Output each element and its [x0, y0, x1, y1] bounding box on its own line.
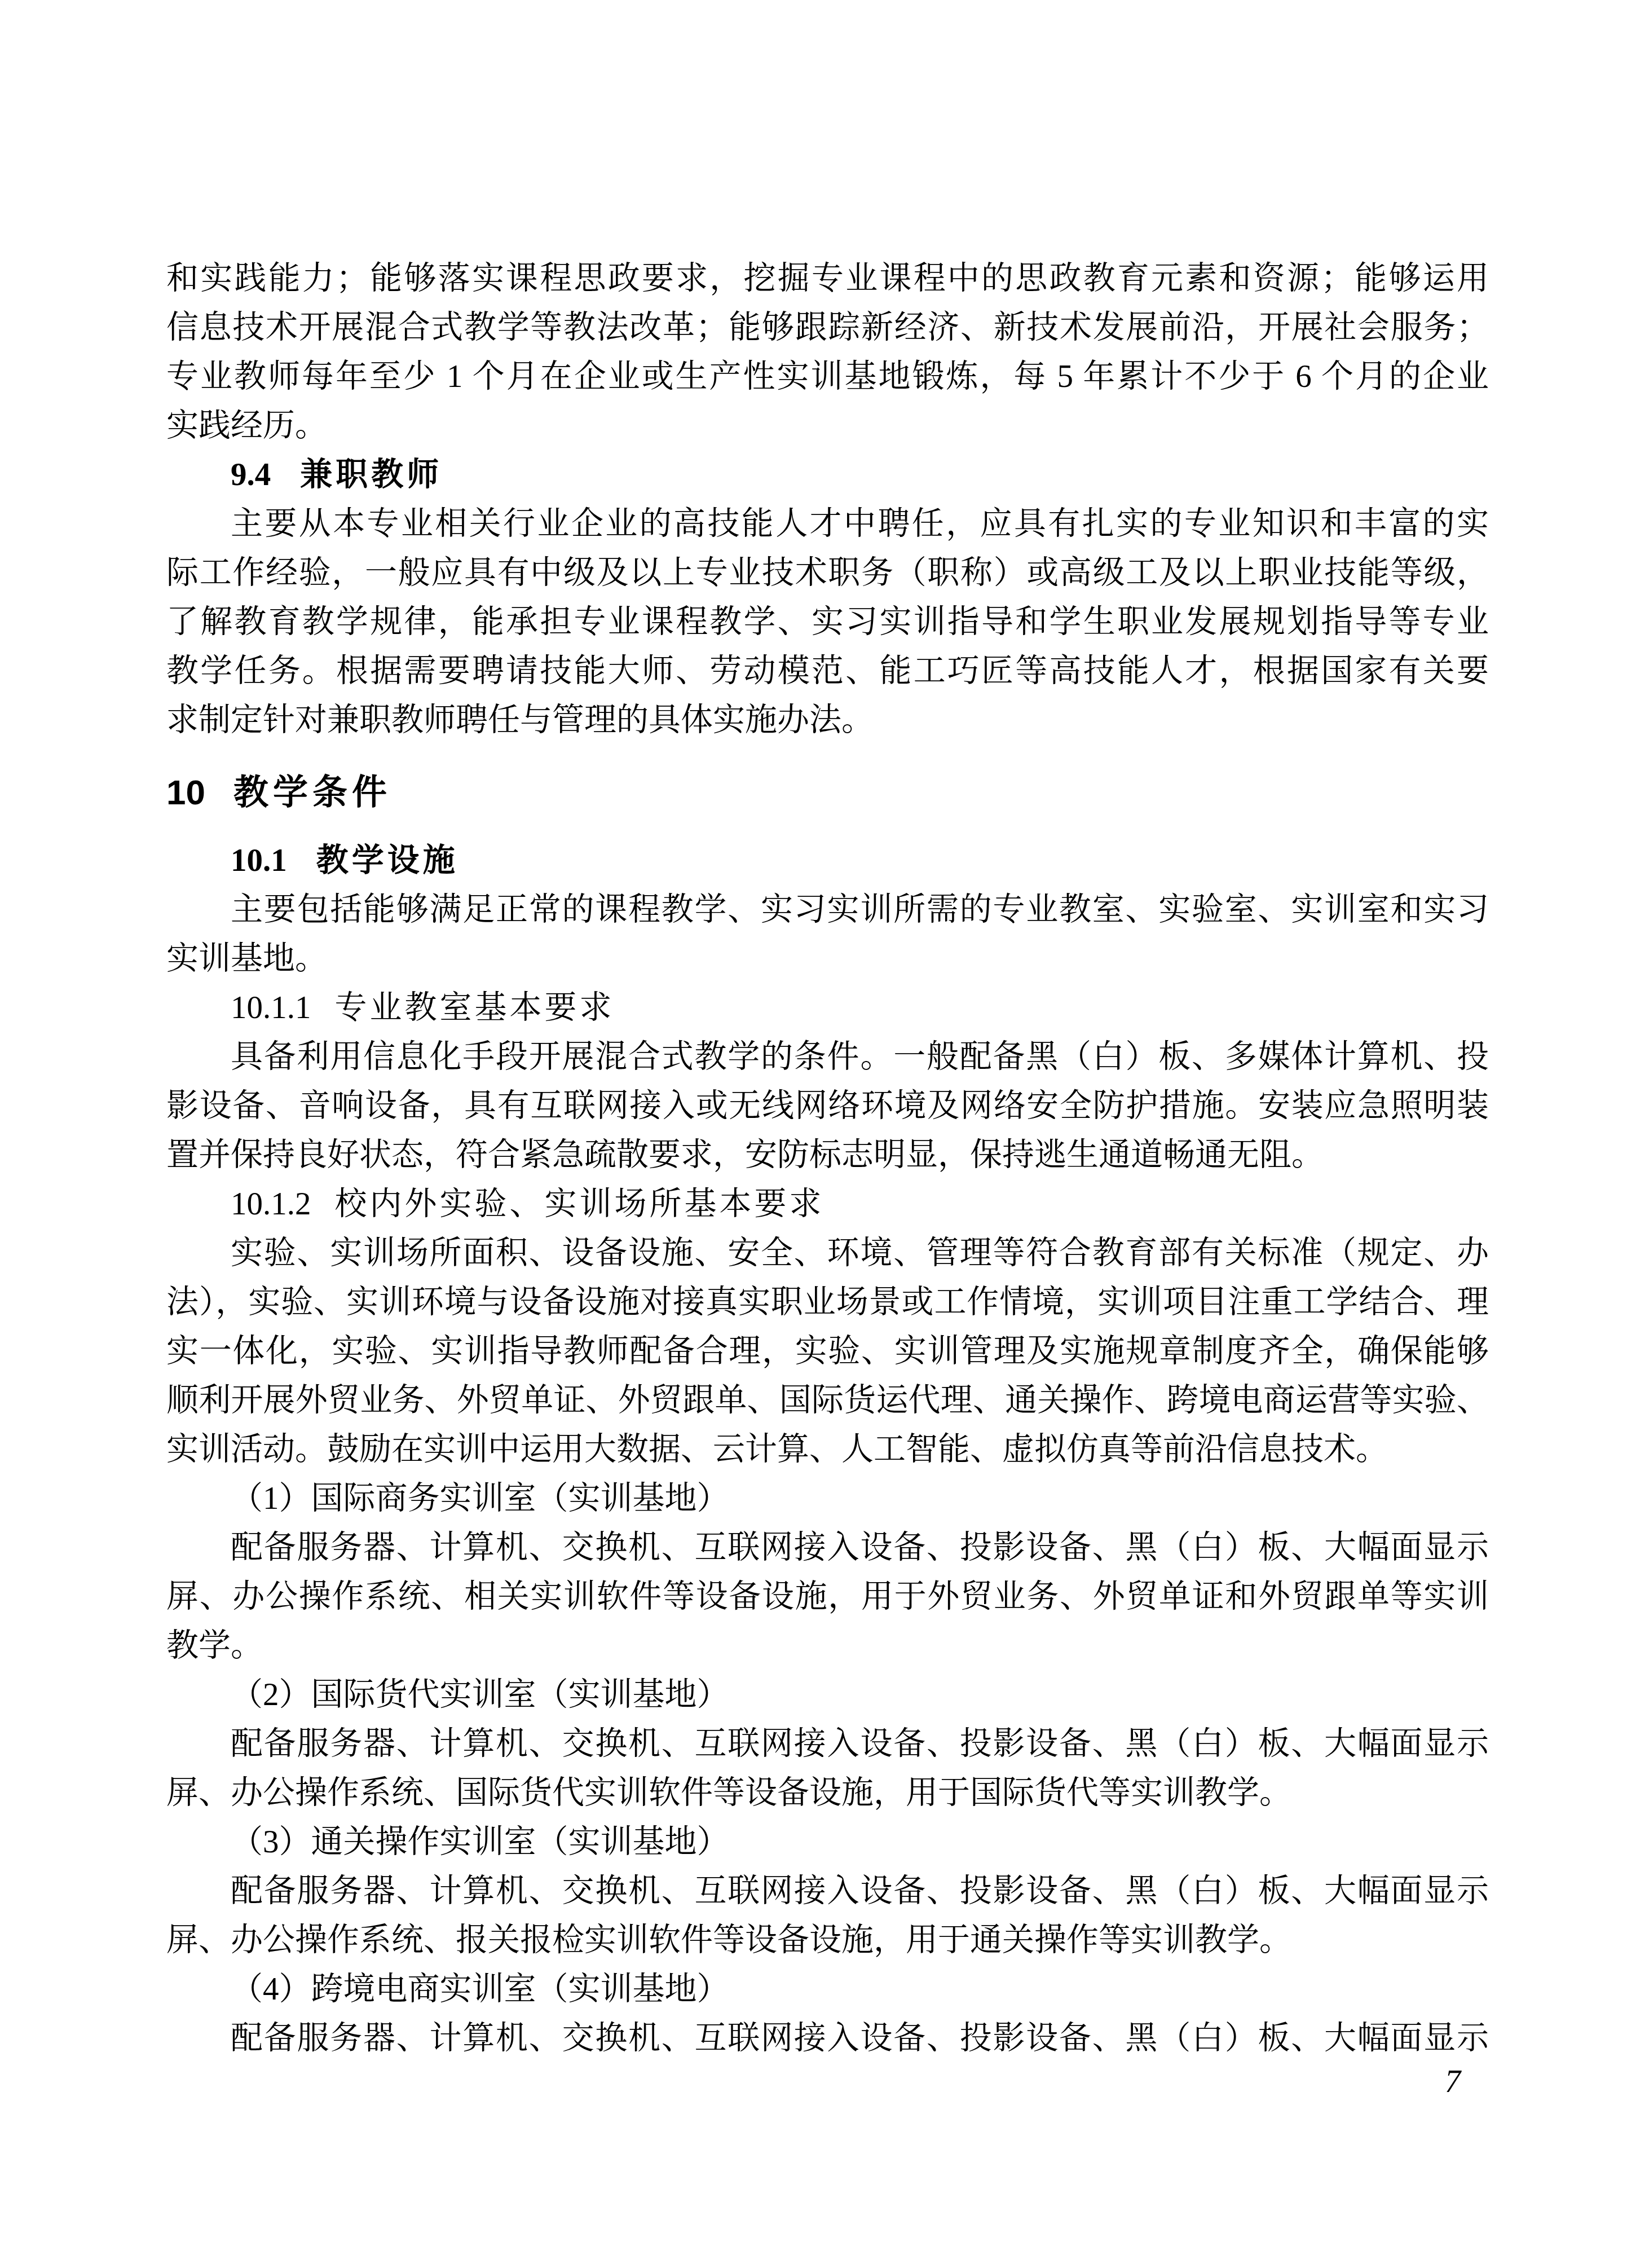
heading-level-2: 9.4兼职教师 — [166, 450, 1489, 499]
body-line: 配备服务器、计算机、交换机、互联网接入设备、投影设备、黑（白）板、大幅面显示 — [166, 1523, 1489, 1572]
body-line: 了解教育教学规律，能承担专业课程教学、实习实训指导和学生职业发展规划指导等专业 — [166, 597, 1489, 646]
body-line: （1）国际商务实训室（实训基地） — [166, 1474, 1489, 1523]
heading-level-1: 10教学条件 — [166, 768, 1489, 817]
body-line: 实训活动。鼓励在实训中运用大数据、云计算、人工智能、虚拟仿真等前沿信息技术。 — [166, 1425, 1489, 1474]
body-line: 影设备、音响设备，具有互联网接入或无线网络环境及网络安全防护措施。安装应急照明装 — [166, 1081, 1489, 1130]
body-line: 法），实验、实训环境与设备设施对接真实职业场景或工作情境，实训项目注重工学结合、… — [166, 1278, 1489, 1327]
body-line: 屏、办公操作系统、报关报检实训软件等设备设施，用于通关操作等实训教学。 — [166, 1915, 1489, 1965]
heading-number: 10.1.2 — [231, 1186, 311, 1222]
body-line: 教学。 — [166, 1621, 1489, 1670]
heading-level-3: 10.1.2校内外实验、实训场所基本要求 — [166, 1179, 1489, 1228]
heading-title: 教学设施 — [316, 842, 458, 878]
heading-number: 10.1.1 — [231, 990, 311, 1025]
body-line: 主要包括能够满足正常的课程教学、实习实训所需的专业教室、实验室、实训室和实习 — [166, 885, 1489, 934]
heading-number: 10 — [166, 773, 205, 812]
body-line: （2）国际货代实训室（实训基地） — [166, 1670, 1489, 1719]
heading-title: 兼职教师 — [300, 456, 442, 492]
body-line: 信息技术开展混合式教学等教法改革；能够跟踪新经济、新技术发展前沿，开展社会服务； — [166, 303, 1489, 352]
body-line: 屏、办公操作系统、相关实训软件等设备设施，用于外贸业务、外贸单证和外贸跟单等实训 — [166, 1572, 1489, 1621]
heading-title: 教学条件 — [233, 773, 391, 812]
body-line: （4）跨境电商实训室（实训基地） — [166, 1965, 1489, 2014]
body-line: 配备服务器、计算机、交换机、互联网接入设备、投影设备、黑（白）板、大幅面显示 — [166, 1719, 1489, 1768]
heading-level-3: 10.1.1专业教室基本要求 — [166, 983, 1489, 1032]
body-line: 实验、实训场所面积、设备设施、安全、环境、管理等符合教育部有关标准（规定、办 — [166, 1228, 1489, 1278]
document-page: 和实践能力；能够落实课程思政要求，挖掘专业课程中的思政教育元素和资源；能够运用信… — [0, 0, 1627, 2268]
body-line: 际工作经验，一般应具有中级及以上专业技术职务（职称）或高级工及以上职业技能等级， — [166, 548, 1489, 597]
body-line: 实训基地。 — [166, 934, 1489, 983]
body-line: 专业教师每年至少 1 个月在企业或生产性实训基地锻炼，每 5 年累计不少于 6 … — [166, 352, 1489, 401]
body-line: 具备利用信息化手段开展混合式教学的条件。一般配备黑（白）板、多媒体计算机、投 — [166, 1032, 1489, 1081]
page-number: 7 — [1445, 2058, 1461, 2107]
body-line: 屏、办公操作系统、国际货代实训软件等设备设施，用于国际货代等实训教学。 — [166, 1768, 1489, 1817]
body-line: 实践经历。 — [166, 401, 1489, 450]
heading-title: 专业教室基本要求 — [335, 990, 615, 1025]
body-line: 顺利开展外贸业务、外贸单证、外贸跟单、国际货运代理、通关操作、跨境电商运营等实验… — [166, 1376, 1489, 1425]
body-line: （3）通关操作实训室（实训基地） — [166, 1817, 1489, 1866]
body-line: 主要从本专业相关行业企业的高技能人才中聘任，应具有扎实的专业知识和丰富的实 — [166, 499, 1489, 548]
page-content: 和实践能力；能够落实课程思政要求，挖掘专业课程中的思政教育元素和资源；能够运用信… — [166, 254, 1489, 2063]
body-line: 求制定针对兼职教师聘任与管理的具体实施办法。 — [166, 695, 1489, 745]
heading-level-2: 10.1教学设施 — [166, 836, 1489, 885]
heading-number: 10.1 — [231, 843, 287, 878]
body-line: 和实践能力；能够落实课程思政要求，挖掘专业课程中的思政教育元素和资源；能够运用 — [166, 254, 1489, 303]
body-line: 置并保持良好状态，符合紧急疏散要求，安防标志明显，保持逃生通道畅通无阻。 — [166, 1130, 1489, 1179]
body-line: 配备服务器、计算机、交换机、互联网接入设备、投影设备、黑（白）板、大幅面显示 — [166, 2014, 1489, 2063]
heading-number: 9.4 — [231, 457, 271, 492]
body-line: 实一体化，实验、实训指导教师配备合理，实验、实训管理及实施规章制度齐全，确保能够 — [166, 1327, 1489, 1376]
body-line: 教学任务。根据需要聘请技能大师、劳动模范、能工巧匠等高技能人才，根据国家有关要 — [166, 646, 1489, 695]
heading-title: 校内外实验、实训场所基本要求 — [335, 1186, 824, 1222]
body-line: 配备服务器、计算机、交换机、互联网接入设备、投影设备、黑（白）板、大幅面显示 — [166, 1866, 1489, 1915]
